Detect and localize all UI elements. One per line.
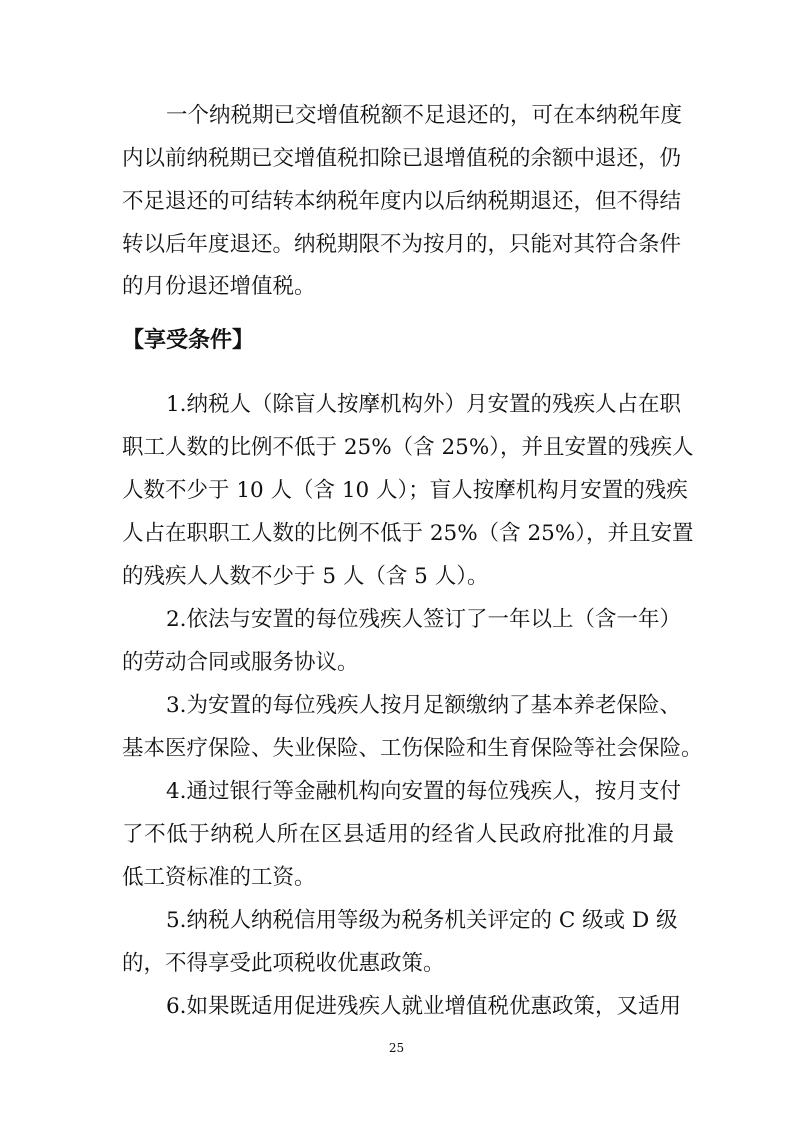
paragraph-line: 低工资标准的工资。 xyxy=(122,863,674,893)
paragraph-line: 了不低于纳税人所在区县适用的经省人民政府批准的月最 xyxy=(122,820,674,850)
paragraph-line: 人数不少于 10 人（含 10 人）；盲人按摩机构月安置的残疾 xyxy=(122,476,674,506)
section-heading: 【享受条件】 xyxy=(122,326,254,356)
paragraph-line: 4.通过银行等金融机构向安置的每位残疾人，按月支付 xyxy=(166,777,674,807)
paragraph-line: 1.纳税人（除盲人按摩机构外）月安置的残疾人占在职 xyxy=(166,390,674,420)
paragraph-line: 转以后年度退还。纳税期限不为按月的，只能对其符合条件 xyxy=(122,230,674,260)
paragraph-line: 6.如果既适用促进残疾人就业增值税优惠政策，又适用 xyxy=(166,992,674,1022)
paragraph-line: 人占在职职工人数的比例不低于 25%（含 25%），并且安置 xyxy=(122,519,674,549)
paragraph-line: 基本医疗保险、失业保险、工伤保险和生育保险等社会保险。 xyxy=(122,734,674,764)
paragraph-line: 职工人数的比例不低于 25%（含 25%），并且安置的残疾人 xyxy=(122,433,674,463)
paragraph-line: 内以前纳税期已交增值税扣除已退增值税的余额中退还，仍 xyxy=(122,144,674,174)
paragraph-line: 5.纳税人纳税信用等级为税务机关评定的 C 级或 D 级 xyxy=(166,906,674,936)
paragraph-line: 不足退还的可结转本纳税年度内以后纳税期退还，但不得结 xyxy=(122,187,674,217)
page-number: 25 xyxy=(0,1040,793,1056)
paragraph-line: 的，不得享受此项税收优惠政策。 xyxy=(122,949,674,979)
paragraph-line: 的残疾人人数不少于 5 人（含 5 人）。 xyxy=(122,562,674,592)
paragraph-line: 2.依法与安置的每位残疾人签订了一年以上（含一年） xyxy=(166,605,674,635)
paragraph-line: 一个纳税期已交增值税额不足退还的，可在本纳税年度 xyxy=(166,101,674,131)
paragraph-line: 3.为安置的每位残疾人按月足额缴纳了基本养老保险、 xyxy=(166,691,674,721)
paragraph-line: 的月份退还增值税。 xyxy=(122,272,674,302)
document-page: 一个纳税期已交增值税额不足退还的，可在本纳税年度 内以前纳税期已交增值税扣除已退… xyxy=(0,0,793,1122)
paragraph-line: 的劳动合同或服务协议。 xyxy=(122,648,674,678)
